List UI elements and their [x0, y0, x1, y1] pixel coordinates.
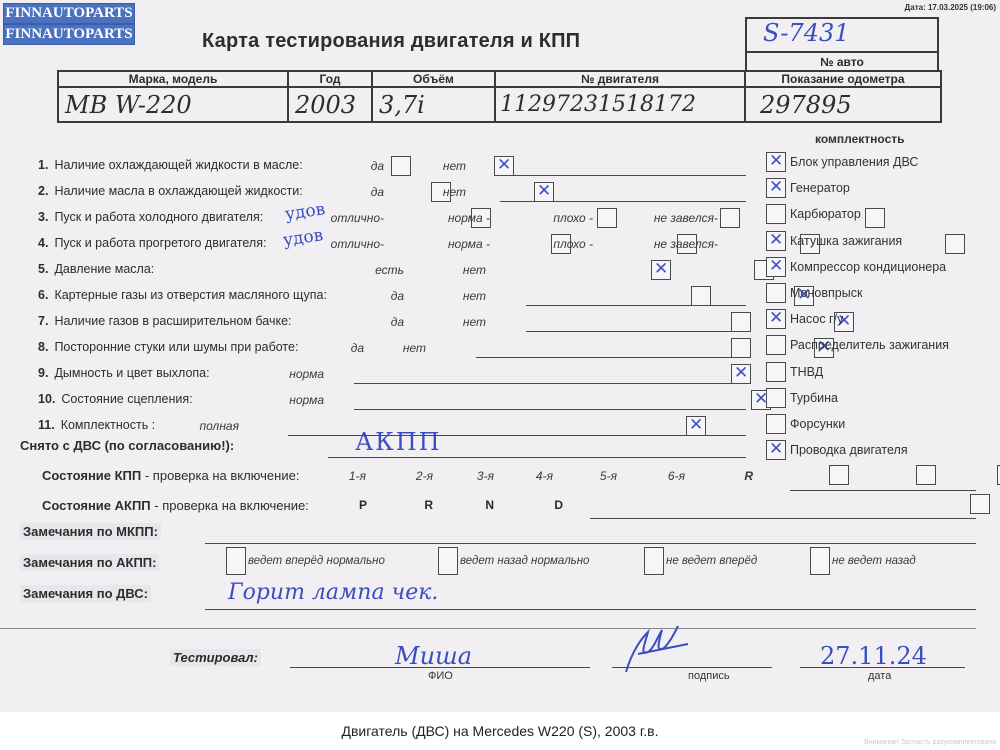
checkbox-checked[interactable] — [766, 152, 786, 172]
remarks-mkpp-label: Замечания по МКПП: — [20, 523, 161, 540]
gear-checkbox[interactable] — [829, 465, 849, 485]
checkbox-checked[interactable] — [766, 440, 786, 460]
completeness-label: Карбюратор — [790, 207, 861, 221]
question-1: 1.Наличие охлаждающей жидкости в масле: — [38, 158, 303, 172]
option-label: нет — [443, 185, 466, 199]
vehicle-info-table: Марка, модель Год Объём № двигателя Пока… — [57, 70, 942, 123]
question-text: Дымность и цвет выхлопа: — [54, 366, 209, 380]
checkbox-unchecked[interactable] — [865, 208, 885, 228]
option-label: полная — [200, 419, 239, 433]
odometer-value: 297895 — [745, 87, 941, 122]
year-value: 2003 — [288, 87, 372, 122]
date-line — [800, 667, 965, 668]
question-text: Наличие масла в охлаждающей жидкости: — [54, 184, 302, 198]
question-number: 7. — [38, 314, 48, 328]
answer-line — [500, 175, 746, 176]
col-year: Год — [288, 71, 372, 87]
car-number-label: № авто — [747, 53, 937, 71]
checkbox-checked[interactable] — [731, 364, 751, 384]
option-label: нет — [463, 315, 486, 329]
engine-number-value: 11297231518172 — [495, 87, 745, 122]
name-caption: ФИО — [428, 670, 453, 682]
checkbox-unchecked[interactable] — [226, 547, 246, 575]
signature-caption: подпись — [688, 670, 730, 682]
checkbox-unchecked[interactable] — [810, 547, 830, 575]
completeness-label: Блок управления ДВС — [790, 155, 918, 169]
checkbox-checked[interactable] — [494, 156, 514, 176]
completeness-label: Насос г/у — [790, 312, 843, 326]
checkbox-unchecked[interactable] — [644, 547, 664, 575]
option-label: норма - — [448, 237, 490, 251]
completeness-item: Форсунки — [766, 414, 845, 434]
option-label: да — [351, 341, 364, 355]
gear-label: 3-я — [477, 469, 494, 483]
akpp-remark-label: ведет вперёд нормально — [248, 555, 385, 567]
checkbox-unchecked[interactable] — [731, 312, 751, 332]
akpp-remark-label: ведет назад нормально — [460, 555, 589, 567]
option-label: нет — [463, 289, 486, 303]
akpp-remark-option: не ведет назад — [810, 547, 916, 575]
watermark: Внимание! Запчасть разукомплектована — [864, 739, 996, 746]
question-number: 6. — [38, 288, 48, 302]
option-label: отлично- — [331, 237, 384, 251]
option-label: есть — [375, 263, 404, 277]
checkbox-unchecked[interactable] — [766, 335, 786, 355]
question-text: Давление масла: — [54, 262, 154, 276]
remarks-dvs-line — [205, 609, 976, 610]
date-caption: дата — [868, 670, 891, 682]
akpp-remark-option: не ведет вперёд — [644, 547, 757, 575]
completeness-item: Генератор — [766, 178, 850, 198]
checkbox-checked[interactable] — [686, 416, 706, 436]
question-number: 4. — [38, 236, 48, 250]
signature-line — [612, 667, 772, 668]
completeness-item: Карбюратор — [766, 204, 861, 224]
question-number: 2. — [38, 184, 48, 198]
col-engine-number: № двигателя — [495, 71, 745, 87]
col-volume: Объём — [372, 71, 495, 87]
image-caption: Двигатель (ДВС) на Mercedes W220 (S), 20… — [0, 712, 1000, 750]
volume-value: 3,7і — [372, 87, 495, 122]
option-label: плохо - — [553, 211, 593, 225]
kpp-label-bold: Состояние КПП — [42, 468, 141, 483]
question-11: 11.Комплектность : — [38, 418, 155, 432]
completeness-label: Генератор — [790, 181, 850, 195]
completeness-label: Проводка двигателя — [790, 443, 908, 457]
question-number: 5. — [38, 262, 48, 276]
gear-checkbox[interactable] — [916, 465, 936, 485]
checkbox-unchecked[interactable] — [766, 388, 786, 408]
checkbox-checked[interactable] — [766, 309, 786, 329]
option-label: нет — [443, 159, 466, 173]
checkbox-checked[interactable] — [534, 182, 554, 202]
completeness-item: Блок управления ДВС — [766, 152, 918, 172]
question-number: 8. — [38, 340, 48, 354]
checkbox-unchecked[interactable] — [766, 204, 786, 224]
completeness-item: Турбина — [766, 388, 838, 408]
col-odometer: Показание одометра — [745, 71, 941, 87]
kpp-label: Состояние КПП - проверка на включение: — [42, 468, 299, 483]
completeness-label: ТНВД — [790, 365, 823, 379]
question-text: Посторонние стуки или шумы при работе: — [54, 340, 298, 354]
option-label: отлично- — [331, 211, 384, 225]
completeness-label: Моновпрыск — [790, 286, 862, 300]
gear-label: N — [485, 498, 494, 512]
remarks-dvs-value: Горит лампа чек. — [228, 580, 438, 605]
date-stamp: Дата: 17.03.2025 (19:06) — [905, 3, 996, 12]
akpp-remark-label: не ведет вперёд — [666, 555, 757, 567]
option-label: не завелся- — [654, 211, 718, 225]
option-label: не завелся- — [654, 237, 718, 251]
question-2: 2.Наличие масла в охлаждающей жидкости: — [38, 184, 303, 198]
option-label: да — [391, 289, 404, 303]
gear-label: 5-я — [600, 469, 617, 483]
question-3: 3.Пуск и работа холодного двигателя: — [38, 210, 263, 224]
akpp-label-bold: Состояние АКПП — [42, 498, 151, 513]
option-label: плохо - — [553, 237, 593, 251]
gear-label: 4-я — [536, 469, 553, 483]
question-text: Состояние сцепления: — [61, 392, 192, 406]
answer-line — [526, 305, 746, 306]
akpp-line — [590, 518, 976, 519]
question-number: 11. — [38, 418, 55, 432]
question-10: 10.Состояние сцепления: — [38, 392, 193, 406]
gear-label: 6-я — [668, 469, 685, 483]
remarks-akpp-label: Замечания по АКПП: — [20, 554, 159, 571]
completeness-label: Форсунки — [790, 417, 845, 431]
option-label: да — [371, 185, 384, 199]
completeness-item: Проводка двигателя — [766, 440, 908, 460]
gear-label: R — [744, 469, 753, 483]
akpp-remark-option: ведет назад нормально — [438, 547, 589, 575]
handwritten-note: удов — [282, 225, 325, 250]
car-number-value: S-7431 — [747, 19, 937, 53]
checkbox-unchecked[interactable] — [766, 414, 786, 434]
option-label: да — [371, 159, 384, 173]
kpp-line — [790, 490, 976, 491]
brand-logo-top: FINNAUTOPARTS — [3, 3, 135, 24]
option-label: нет — [463, 263, 486, 277]
question-number: 1. — [38, 158, 48, 172]
akpp-label-rest: - проверка на включение: — [151, 498, 309, 513]
completeness-item: Моновпрыск — [766, 283, 862, 303]
car-number-box: S-7431 № авто — [745, 17, 939, 71]
answer-line — [354, 383, 746, 384]
page-title: Карта тестирования двигателя и КПП — [202, 30, 580, 53]
option-label: норма - — [448, 211, 490, 225]
checkbox-checked[interactable] — [651, 260, 671, 280]
question-5: 5.Давление масла: — [38, 262, 154, 276]
test-card-document: FINNAUTOPARTS FINNAUTOPARTS Дата: 17.03.… — [0, 0, 1000, 712]
checkbox-unchecked[interactable] — [766, 283, 786, 303]
gear-label: P — [359, 498, 367, 512]
gear-label: 1-я — [349, 469, 366, 483]
akpp-label: Состояние АКПП - проверка на включение: — [42, 498, 309, 513]
checkbox-unchecked[interactable] — [945, 234, 965, 254]
tester-name: Миша — [395, 642, 472, 670]
completeness-item: Компрессор кондиционера — [766, 257, 946, 277]
question-number: 3. — [38, 210, 48, 224]
question-number: 10. — [38, 392, 55, 406]
removed-value: АКПП — [355, 428, 442, 456]
answer-line — [288, 435, 746, 436]
option-label: норма — [289, 367, 324, 381]
akpp-remark-label: не ведет назад — [832, 555, 916, 567]
question-4: 4.Пуск и работа прогретого двигателя: — [38, 236, 266, 250]
question-8: 8.Посторонние стуки или шумы при работе: — [38, 340, 298, 354]
tested-by-label: Тестировал: — [170, 649, 261, 666]
question-text: Наличие охлаждающей жидкости в масле: — [54, 158, 302, 172]
checkbox-unchecked[interactable] — [391, 156, 411, 176]
gear-label: D — [554, 498, 563, 512]
name-line — [290, 667, 590, 668]
question-7: 7.Наличие газов в расширительном бачке: — [38, 314, 292, 328]
checkbox-checked[interactable] — [766, 231, 786, 251]
removed-label: Снято с ДВС (по согласованию!): — [20, 438, 234, 453]
completeness-item: Катушка зажигания — [766, 231, 902, 251]
completeness-item: Распределитель зажигания — [766, 335, 949, 355]
checkbox-unchecked[interactable] — [766, 362, 786, 382]
completeness-item: Насос г/у — [766, 309, 843, 329]
option-label: да — [391, 315, 404, 329]
remarks-dvs-label: Замечания по ДВС: — [20, 585, 151, 602]
completeness-label: Катушка зажигания — [790, 234, 902, 248]
question-number: 9. — [38, 366, 48, 380]
checkbox-checked[interactable] — [766, 257, 786, 277]
test-date: 27.11.24 — [820, 642, 927, 670]
kpp-label-rest: - проверка на включение: — [141, 468, 299, 483]
gear-label: 2-я — [416, 469, 433, 483]
answer-line — [354, 409, 746, 410]
completeness-title: комплектность — [815, 132, 905, 146]
checkbox-checked[interactable] — [766, 178, 786, 198]
option-label: нет — [403, 341, 426, 355]
answer-line — [476, 357, 746, 358]
completeness-item: ТНВД — [766, 362, 823, 382]
question-text: Комплектность : — [61, 418, 155, 432]
removed-line — [328, 457, 746, 458]
gear-checkbox[interactable] — [970, 494, 990, 514]
section-divider — [0, 628, 976, 629]
checkbox-unchecked[interactable] — [597, 208, 617, 228]
option-label: норма — [289, 393, 324, 407]
checkbox-unchecked[interactable] — [438, 547, 458, 575]
question-text: Пуск и работа прогретого двигателя: — [54, 236, 266, 250]
completeness-label: Распределитель зажигания — [790, 338, 949, 352]
question-text: Пуск и работа холодного двигателя: — [54, 210, 263, 224]
question-9: 9.Дымность и цвет выхлопа: — [38, 366, 210, 380]
question-text: Картерные газы из отверстия масляного щу… — [54, 288, 326, 302]
gear-label: R — [424, 498, 433, 512]
brand-logo-bottom: FINNAUTOPARTS — [3, 24, 135, 45]
handwritten-note: удов — [284, 199, 327, 224]
question-text: Наличие газов в расширительном бачке: — [54, 314, 291, 328]
col-make-model: Марка, модель — [58, 71, 288, 87]
remarks-mkpp-line[interactable] — [205, 543, 976, 544]
checkbox-unchecked[interactable] — [720, 208, 740, 228]
checkbox-unchecked[interactable] — [731, 338, 751, 358]
akpp-remark-option: ведет вперёд нормально — [226, 547, 385, 575]
completeness-label: Компрессор кондиционера — [790, 260, 946, 274]
completeness-label: Турбина — [790, 391, 838, 405]
make-model-value: МВ W-220 — [58, 87, 288, 122]
question-6: 6.Картерные газы из отверстия масляного … — [38, 288, 327, 302]
answer-line — [526, 331, 746, 332]
checkbox-unchecked[interactable] — [691, 286, 711, 306]
answer-line — [500, 201, 746, 202]
